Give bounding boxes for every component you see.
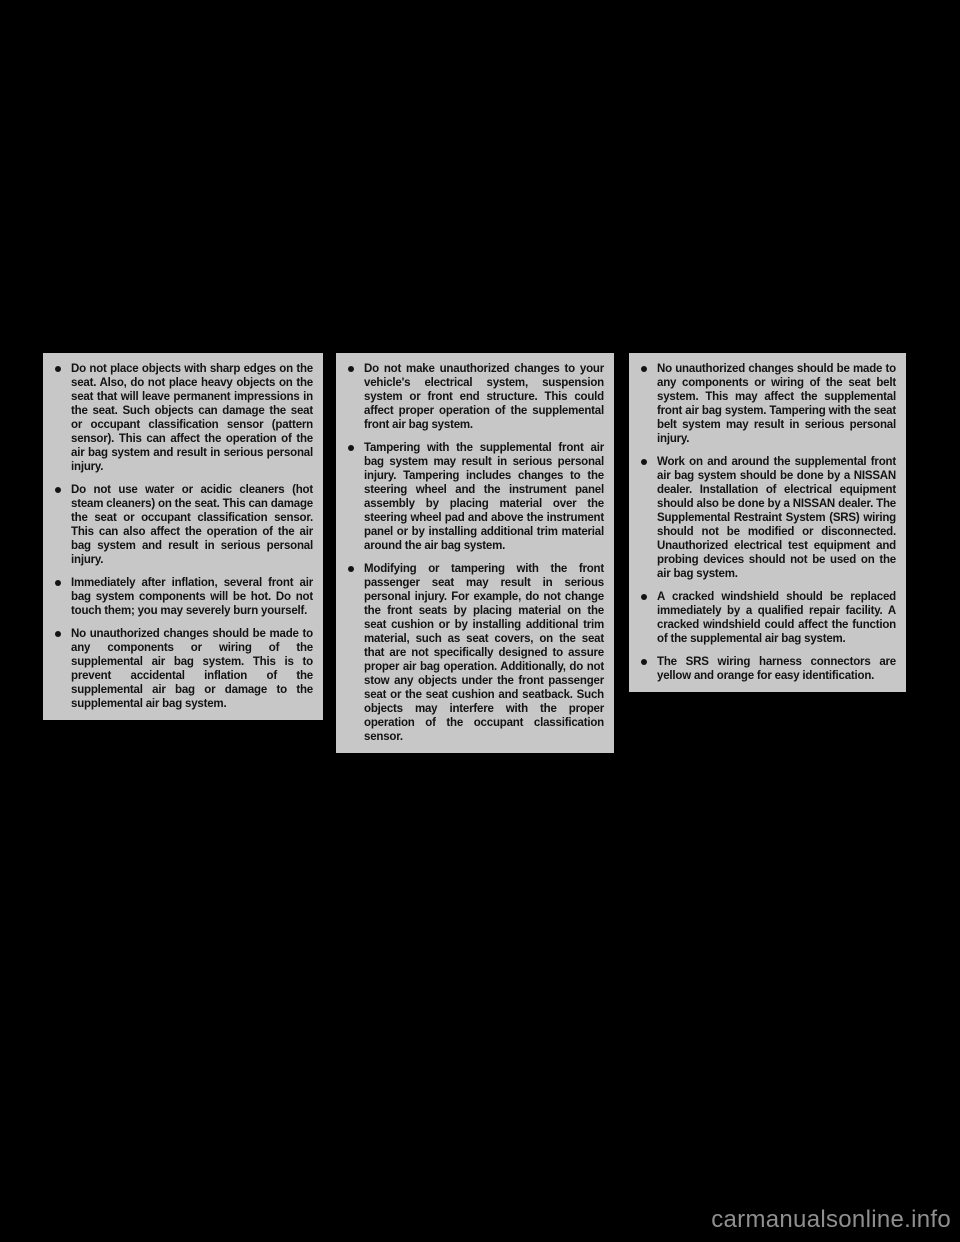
warning-item: No unauthorized changes should be made t… [637,362,896,446]
warning-text: Do not make unauthorized changes to your… [364,363,604,431]
manual-page: Do not place objects with sharp edges on… [0,0,960,1242]
warning-item: Tampering with the supplemental front ai… [344,441,604,553]
bullet-icon [641,459,647,465]
warning-text: A cracked windshield should be replaced … [657,591,896,645]
warning-text: No unauthorized changes should be made t… [71,628,313,710]
warning-text: Work on and around the supplemental fron… [657,456,896,580]
warning-text: No unauthorized changes should be made t… [657,363,896,445]
bullet-icon [641,366,647,372]
warning-list: Do not place objects with sharp edges on… [51,362,313,711]
warning-text: The SRS wiring harness connectors are ye… [657,656,896,682]
warning-text: Modifying or tampering with the front pa… [364,563,604,743]
warning-text: Do not place objects with sharp edges on… [71,363,313,473]
warning-box-seat-care: Do not place objects with sharp edges on… [43,353,323,720]
warning-text: Tampering with the supplemental front ai… [364,442,604,552]
warning-item: Do not use water or acidic cleaners (hot… [51,483,313,567]
warning-item: Work on and around the supplemental fron… [637,455,896,581]
warning-box-vehicle-modification: Do not make unauthorized changes to your… [336,353,614,753]
warning-item: Immediately after inflation, several fro… [51,576,313,618]
bullet-icon [348,445,354,451]
bullet-icon [55,631,61,637]
warning-text: Do not use water or acidic cleaners (hot… [71,484,313,566]
warning-text: Immediately after inflation, several fro… [71,577,313,617]
warning-item: Do not make unauthorized changes to your… [344,362,604,432]
bullet-icon [55,487,61,493]
warning-list: No unauthorized changes should be made t… [637,362,896,683]
warning-box-srs-service: No unauthorized changes should be made t… [629,353,906,692]
bullet-icon [55,366,61,372]
warning-item: A cracked windshield should be replaced … [637,590,896,646]
bullet-icon [641,594,647,600]
warning-list: Do not make unauthorized changes to your… [344,362,604,744]
warning-item: The SRS wiring harness connectors are ye… [637,655,896,683]
watermark: carmanualsonline.info [711,1206,951,1234]
bullet-icon [348,566,354,572]
bullet-icon [348,366,354,372]
warning-item: No unauthorized changes should be made t… [51,627,313,711]
bullet-icon [55,580,61,586]
bullet-icon [641,659,647,665]
warning-item: Do not place objects with sharp edges on… [51,362,313,474]
warning-item: Modifying or tampering with the front pa… [344,562,604,744]
